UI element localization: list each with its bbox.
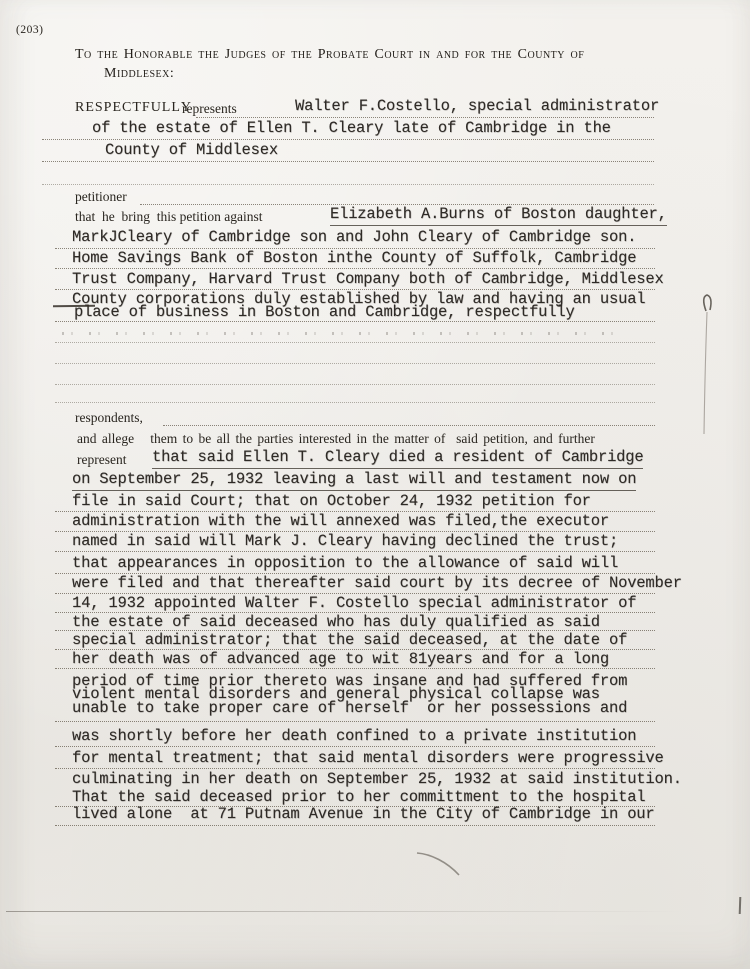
against-label: that he bring this petition against xyxy=(75,209,262,225)
represent-label: represent xyxy=(77,452,126,468)
typed-county-line: County of Middlesex xyxy=(105,142,278,160)
allege-printed-line: and allege them to be all the parties in… xyxy=(77,431,595,447)
smudged-text-remnant xyxy=(62,332,624,335)
heading-line-2: Middlesex: xyxy=(104,66,174,82)
typed-respondents-line: Trust Company, Harvard Trust Company bot… xyxy=(72,271,664,289)
margin-dash-mark xyxy=(53,305,95,307)
typed-respondent-burns: Elizabeth A.Burns of Boston daughter, xyxy=(330,206,667,226)
typed-body-line: 14, 1932 appointed Walter F. Costello sp… xyxy=(72,595,636,613)
typed-body-line: administration with the will annexed was… xyxy=(72,513,609,531)
typed-body-line: for mental treatment; that said mental d… xyxy=(72,750,664,768)
pen-mark-curve xyxy=(415,848,463,878)
typed-respondents-line: Home Savings Bank of Boston inthe County… xyxy=(72,250,636,268)
blank-form-line xyxy=(55,402,655,403)
typed-body-line: was shortly before her death confined to… xyxy=(72,728,636,746)
respectfully-label: RESPECTFULLY xyxy=(75,100,192,116)
blank-form-line xyxy=(55,342,655,343)
typed-respondents-line: MarkJCleary of Cambridge son and John Cl… xyxy=(72,229,636,247)
typed-body-line: named in said will Mark J. Cleary having… xyxy=(72,533,618,551)
blank-form-line xyxy=(55,384,655,385)
blank-form-line xyxy=(42,184,654,185)
edge-ink-tick xyxy=(739,897,742,914)
petitioner-label: petitioner xyxy=(75,189,127,205)
typed-body-line: file in said Court; that on October 24, … xyxy=(72,493,591,511)
typed-body-line: her death was of advanced age to wit 81y… xyxy=(72,651,609,669)
scanned-petition-page: (203) To the Honorable the Judges of the… xyxy=(0,0,750,969)
heading-line-1: To the Honorable the Judges of the Proba… xyxy=(75,47,584,63)
blank-form-line xyxy=(55,363,655,364)
typed-body-line: that appearances in opposition to the al… xyxy=(72,555,618,573)
typed-body-line: that said Ellen T. Cleary died a residen… xyxy=(152,449,643,469)
typed-body-line: special administrator; that the said dec… xyxy=(72,632,627,650)
typed-body-line: on September 25, 1932 leaving a last wil… xyxy=(72,471,636,491)
typed-body-line: lived alone at 71 Putnam Avenue in the C… xyxy=(72,806,655,824)
typed-body-line: unable to take proper care of herself or… xyxy=(72,700,627,718)
typed-body-line: culminating in her death on September 25… xyxy=(72,771,682,789)
respondents-label: respondents, xyxy=(75,410,143,426)
typed-estate-line: of the estate of Ellen T. Cleary late of… xyxy=(92,120,611,138)
typed-petitioner-name: Walter F.Costello, special administrator xyxy=(295,98,659,116)
page-number: (203) xyxy=(16,24,43,37)
typed-respondents-line: place of business in Boston and Cambridg… xyxy=(74,304,575,322)
represents-label: represents xyxy=(182,101,237,117)
pen-mark-right-margin xyxy=(694,288,720,438)
scan-fold-line xyxy=(6,911,706,912)
typed-body-line: were filed and that thereafter said cour… xyxy=(72,575,682,593)
